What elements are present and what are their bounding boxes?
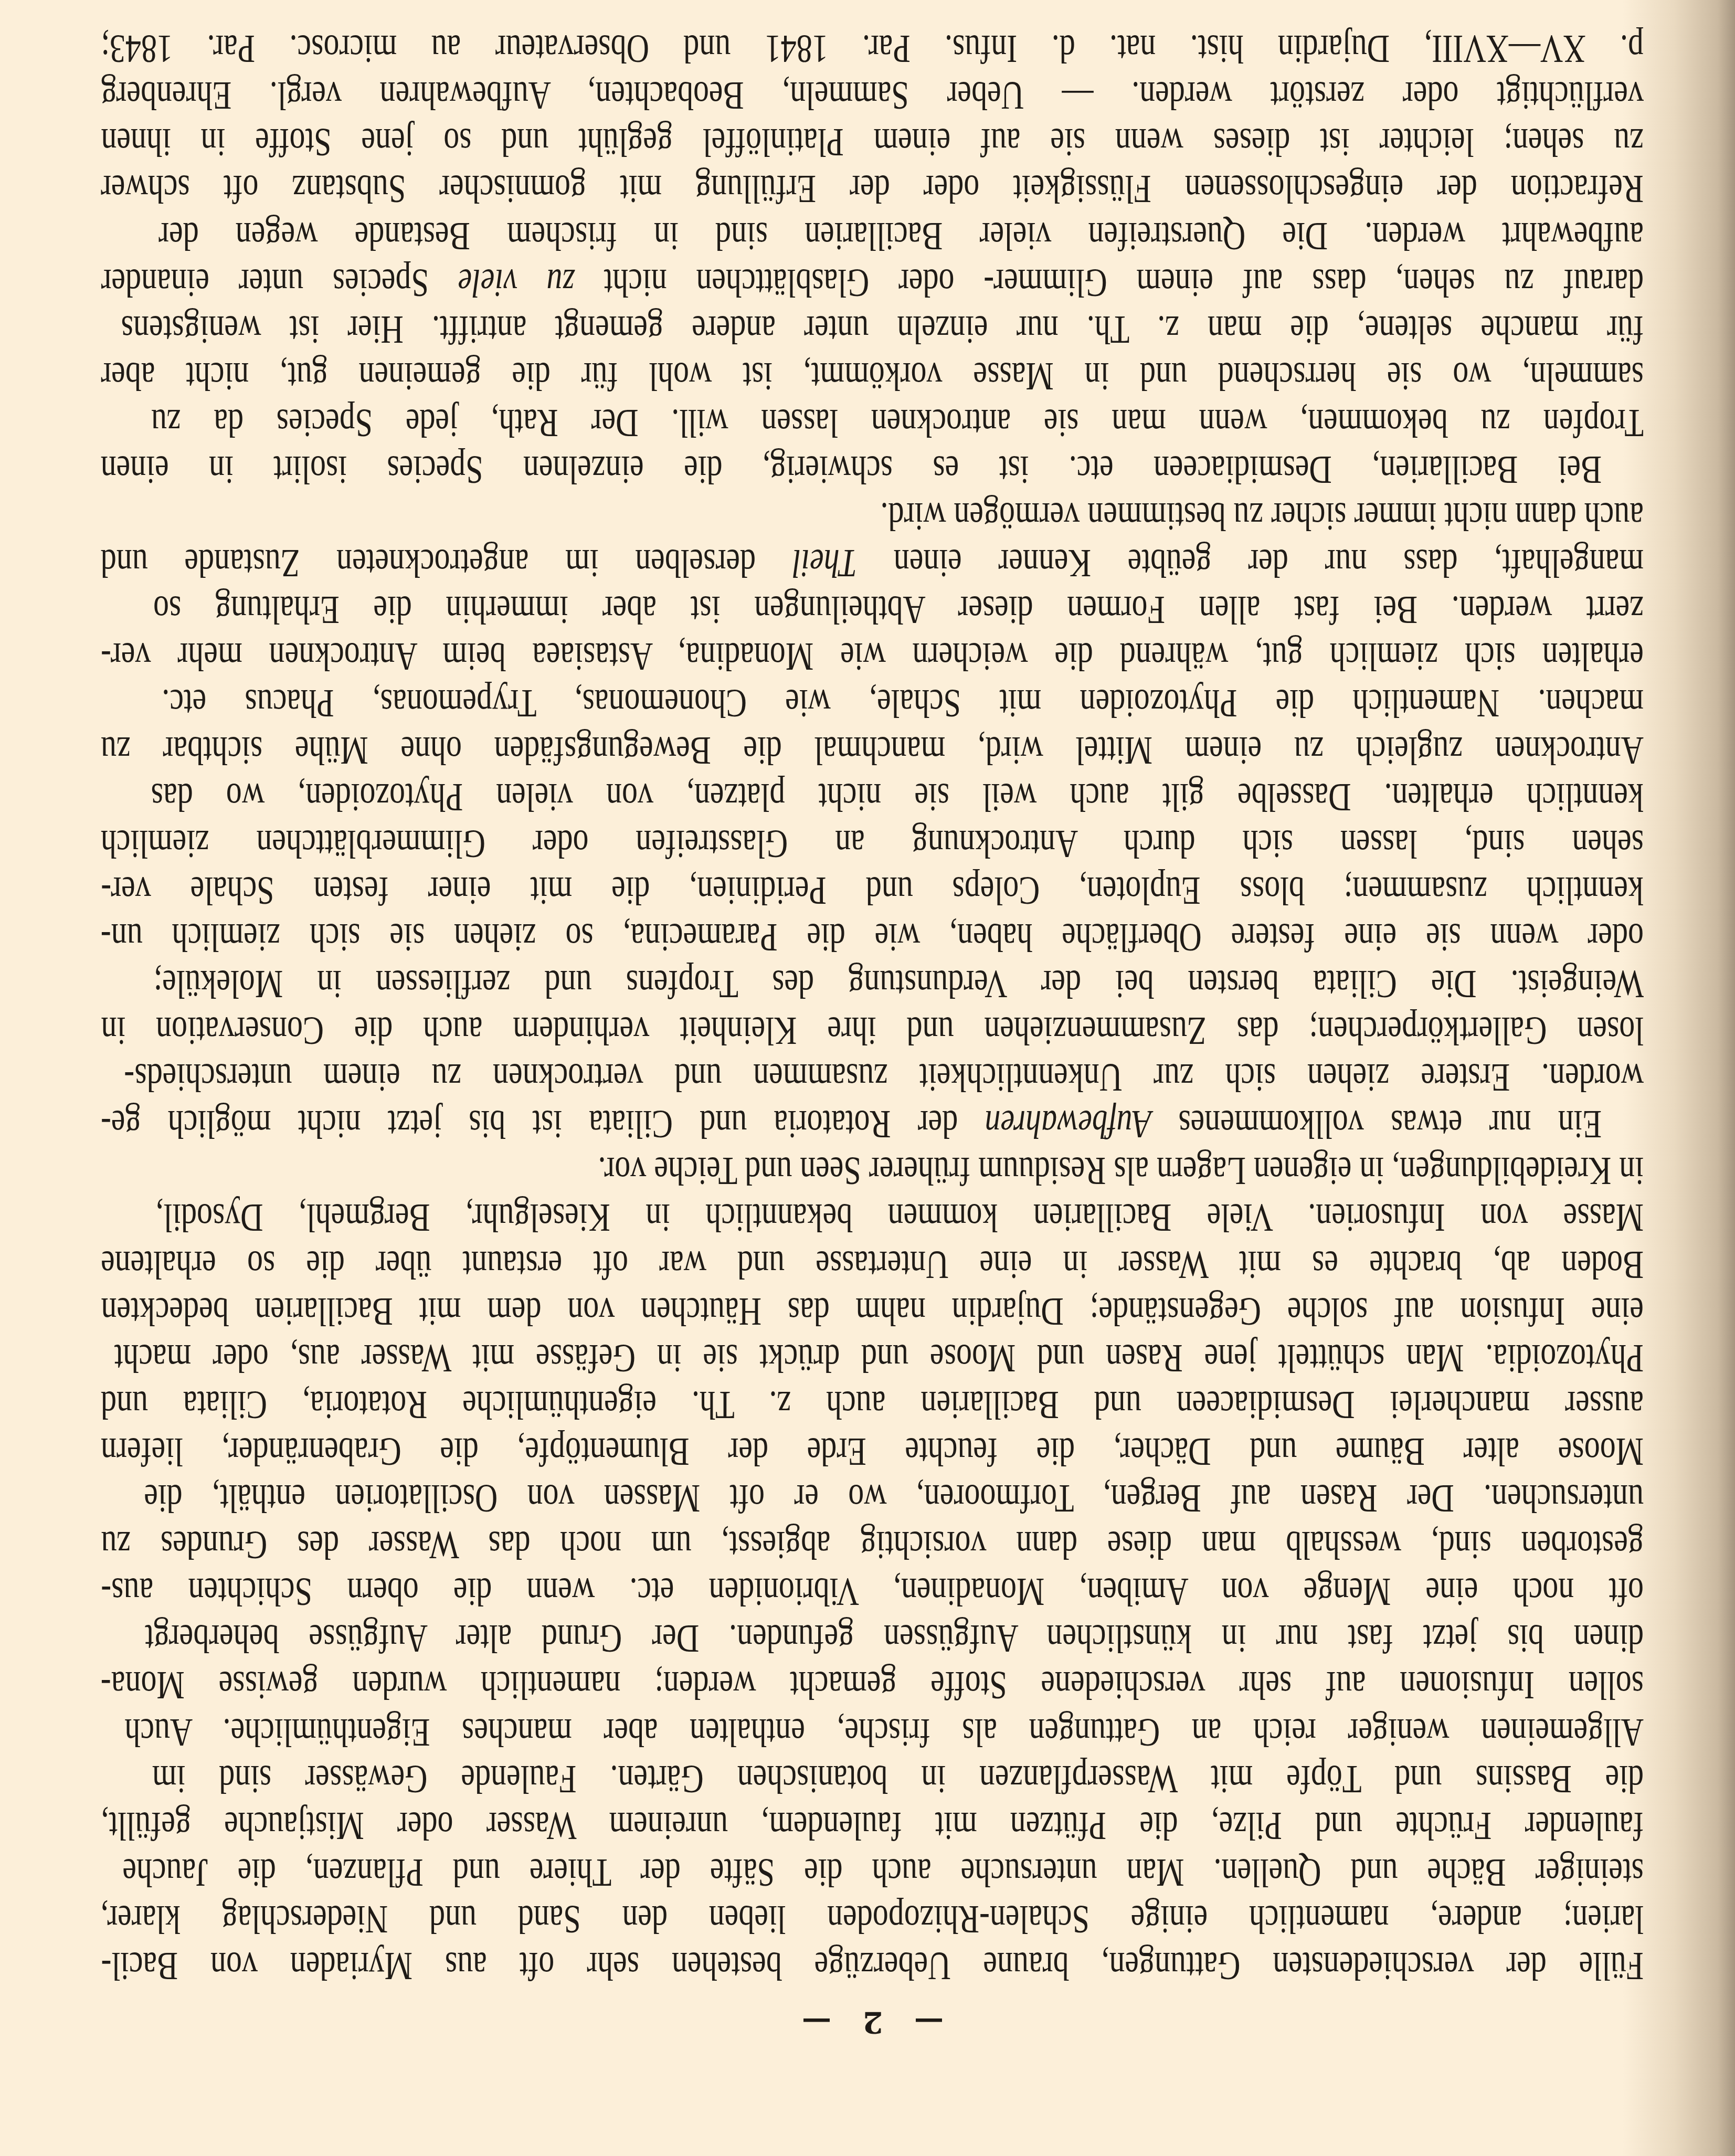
scanned-page: — 2 — Fülle der verschiedensten Gattunge… xyxy=(0,0,1735,2156)
body-text: Fülle der verschiedensten Gattungen, bra… xyxy=(101,25,1644,1989)
text-segment: der Rotatoria und Ciliata ist bis jetzt … xyxy=(101,1102,985,1146)
emphasized-text: Aufbewahren xyxy=(985,1102,1151,1146)
page-number: — 2 — xyxy=(0,2005,1735,2039)
text-line: p. XV—XVIII, Dujardin hist. nat. d. Infu… xyxy=(101,19,1644,79)
page-content-rotated: — 2 — Fülle der verschiedensten Gattunge… xyxy=(0,0,1735,2156)
text-segment: darauf zu sehen, dass auf einem Glimmer-… xyxy=(575,261,1644,305)
text-segment: mangelhaft, dass nur der geübte Kenner e… xyxy=(857,541,1644,585)
text-segment: Ein nur etwas vollkommenes xyxy=(1151,1102,1602,1146)
text-segment: derselben im angetrockneten Zustande und xyxy=(101,541,792,585)
text-segment: Species unter einander xyxy=(101,261,458,305)
emphasized-text: zu viele xyxy=(458,261,575,305)
emphasized-text: Theil xyxy=(792,541,857,585)
